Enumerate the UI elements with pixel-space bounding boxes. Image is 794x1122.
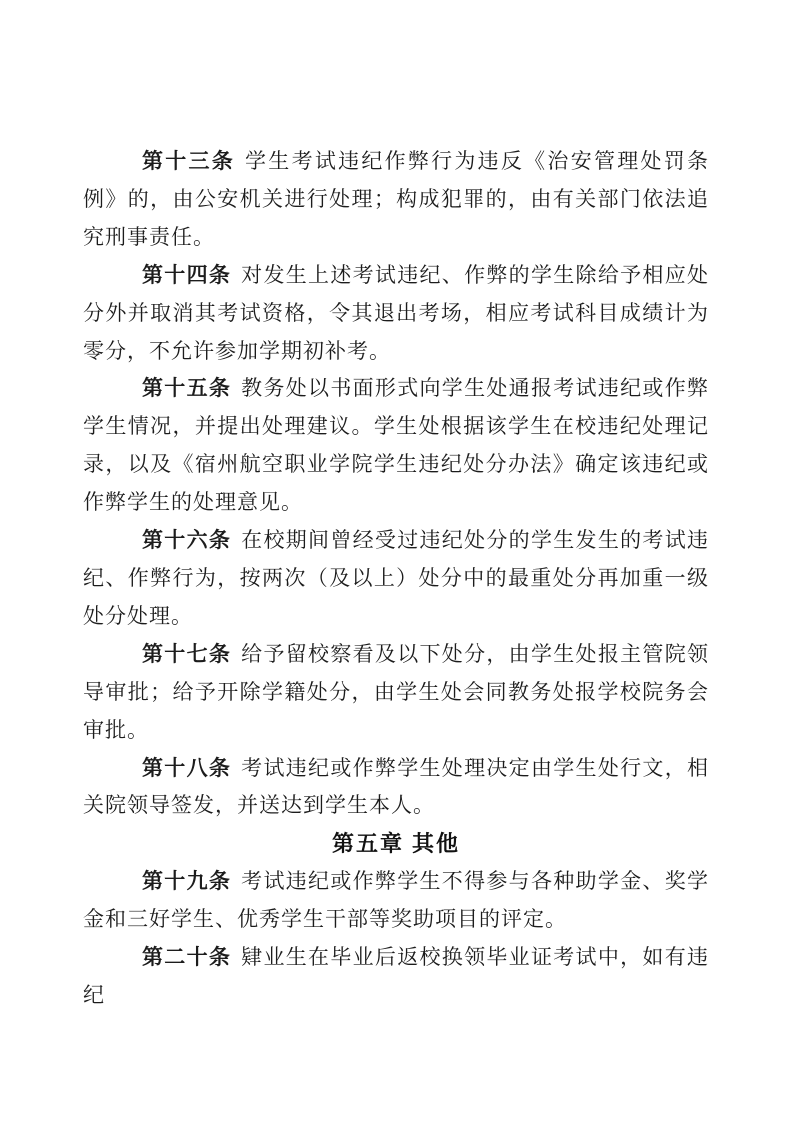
article-20-paragraph: 第二十条肄业生在毕业后返校换领毕业证考试中，如有违纪 [83, 939, 709, 1015]
chapter-5-heading: 第五章 其他 [83, 825, 709, 863]
article-13-number: 第十三条 [142, 149, 235, 173]
article-14-paragraph: 第十四条对发生上述考试违纪、作弊的学生除给予相应处分外并取消其考试资格，令其退出… [83, 257, 709, 371]
document-body: 第十三条学生考试违纪作弊行为违反《治安管理处罚条例》的，由公安机关进行处理；构成… [83, 143, 709, 1015]
article-18-number: 第十八条 [142, 756, 231, 780]
article-14-number: 第十四条 [142, 263, 231, 287]
document-page: 第十三条学生考试违纪作弊行为违反《治安管理处罚条例》的，由公安机关进行处理；构成… [0, 0, 794, 1122]
article-18-paragraph: 第十八条考试违纪或作弊学生处理决定由学生处行文，相关院领导签发，并送达到学生本人… [83, 750, 709, 826]
article-15-number: 第十五条 [142, 376, 231, 400]
article-20-number: 第二十条 [142, 945, 231, 969]
article-15-paragraph: 第十五条教务处以书面形式向学生处通报考试违纪或作弊学生情况，并提出处理建议。学生… [83, 370, 709, 522]
article-19-number: 第十九条 [142, 869, 231, 893]
article-13-paragraph: 第十三条学生考试违纪作弊行为违反《治安管理处罚条例》的，由公安机关进行处理；构成… [83, 143, 709, 257]
article-19-paragraph: 第十九条考试违纪或作弊学生不得参与各种助学金、奖学金和三好学生、优秀学生干部等奖… [83, 863, 709, 939]
article-17-number: 第十七条 [142, 642, 231, 666]
article-16-paragraph: 第十六条在校期间曾经受过违纪处分的学生发生的考试违纪、作弊行为，按两次（及以上）… [83, 522, 709, 636]
article-16-number: 第十六条 [142, 528, 231, 552]
article-17-paragraph: 第十七条给予留校察看及以下处分，由学生处报主管院领导审批；给予开除学籍处分，由学… [83, 636, 709, 750]
